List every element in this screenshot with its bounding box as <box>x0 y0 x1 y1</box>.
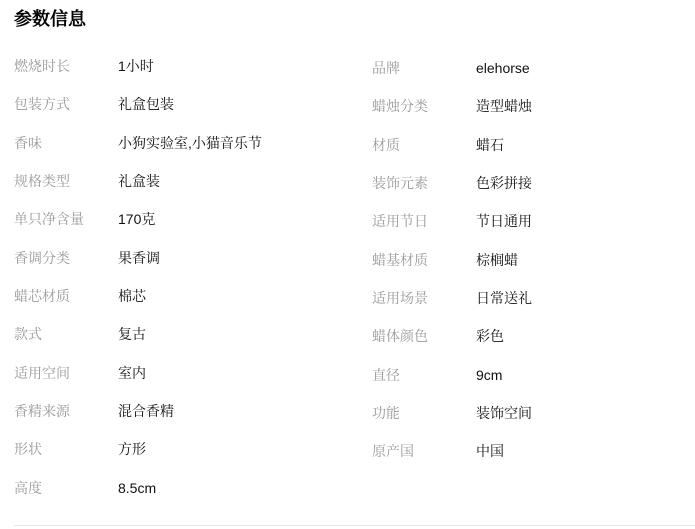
param-column-left: 燃烧时长1小时包装方式礼盒包装香味小狗实验室,小猫音乐节规格类型礼盒装单只净含量… <box>14 47 372 507</box>
param-row: 形状方形 <box>14 430 372 468</box>
param-value: 复古 <box>118 324 146 344</box>
param-row: 香精来源混合香精 <box>14 392 372 430</box>
param-label: 规格类型 <box>14 171 118 191</box>
param-row: 香调分类果香调 <box>14 239 372 277</box>
param-row: 香味小狗实验室,小猫音乐节 <box>14 124 372 162</box>
param-value: 色彩拼接 <box>476 173 532 193</box>
param-label: 包装方式 <box>14 94 118 114</box>
param-row: 单只净含量170克 <box>14 200 372 238</box>
param-row: 适用节日节日通用 <box>372 202 695 240</box>
param-label: 适用空间 <box>14 363 118 383</box>
param-label: 蜡芯材质 <box>14 286 118 306</box>
param-value: 蜡石 <box>476 135 504 155</box>
param-row: 直径9cm <box>372 356 695 394</box>
param-row: 蜡芯材质棉芯 <box>14 277 372 315</box>
param-row: 蜡体颜色彩色 <box>372 317 695 355</box>
param-row: 适用空间室内 <box>14 354 372 392</box>
param-label: 蜡烛分类 <box>372 96 476 116</box>
param-value: 室内 <box>118 363 146 383</box>
param-value: 混合香精 <box>118 401 174 421</box>
param-row: 材质蜡石 <box>372 126 695 164</box>
param-label: 适用节日 <box>372 211 476 231</box>
param-row: 款式复古 <box>14 315 372 353</box>
param-value: 日常送礼 <box>476 288 532 308</box>
param-label: 品牌 <box>372 58 476 78</box>
param-value: 8.5cm <box>118 478 156 498</box>
param-value: 9cm <box>476 365 502 385</box>
section-title: 参数信息 <box>14 9 86 30</box>
param-label: 香精来源 <box>14 401 118 421</box>
param-value: 棕榈蜡 <box>476 250 518 270</box>
param-label: 原产国 <box>372 441 476 461</box>
param-value: 170克 <box>118 209 155 229</box>
param-row: 规格类型礼盒装 <box>14 162 372 200</box>
param-label: 燃烧时长 <box>14 56 118 76</box>
param-value: 装饰空间 <box>476 403 532 423</box>
param-value: 礼盒装 <box>118 171 160 191</box>
param-label: 款式 <box>14 324 118 344</box>
param-label: 高度 <box>14 478 118 498</box>
param-label: 材质 <box>372 135 476 155</box>
param-label: 香味 <box>14 133 118 153</box>
param-label: 蜡基材质 <box>372 250 476 270</box>
param-label: 香调分类 <box>14 248 118 268</box>
param-row: 品牌elehorse <box>372 49 695 87</box>
param-label: 装饰元素 <box>372 173 476 193</box>
parameter-grid: 燃烧时长1小时包装方式礼盒包装香味小狗实验室,小猫音乐节规格类型礼盒装单只净含量… <box>14 47 695 507</box>
param-value: 方形 <box>118 439 146 459</box>
param-label: 蜡体颜色 <box>372 326 476 346</box>
param-value: 棉芯 <box>118 286 146 306</box>
param-row: 燃烧时长1小时 <box>14 47 372 85</box>
param-row: 原产国中国 <box>372 432 695 470</box>
param-value: 果香调 <box>118 248 160 268</box>
param-label: 单只净含量 <box>14 209 118 229</box>
param-value: 造型蜡烛 <box>476 96 532 116</box>
param-row: 功能装饰空间 <box>372 394 695 432</box>
param-row: 适用场景日常送礼 <box>372 279 695 317</box>
param-value: 1小时 <box>118 56 154 76</box>
param-row: 高度8.5cm <box>14 469 372 507</box>
param-label: 适用场景 <box>372 288 476 308</box>
bottom-divider <box>14 525 695 526</box>
param-row: 蜡烛分类造型蜡烛 <box>372 87 695 125</box>
param-column-right: 品牌elehorse蜡烛分类造型蜡烛材质蜡石装饰元素色彩拼接适用节日节日通用蜡基… <box>372 47 695 471</box>
param-label: 直径 <box>372 365 476 385</box>
param-value: 节日通用 <box>476 211 532 231</box>
param-row: 包装方式礼盒包装 <box>14 85 372 123</box>
param-row: 蜡基材质棕榈蜡 <box>372 241 695 279</box>
param-value: 礼盒包装 <box>118 94 174 114</box>
param-label: 功能 <box>372 403 476 423</box>
param-value: 中国 <box>476 441 504 461</box>
param-row: 装饰元素色彩拼接 <box>372 164 695 202</box>
param-value: 小狗实验室,小猫音乐节 <box>118 133 262 153</box>
param-label: 形状 <box>14 439 118 459</box>
product-parameters-panel: 参数信息 燃烧时长1小时包装方式礼盒包装香味小狗实验室,小猫音乐节规格类型礼盒装… <box>0 0 695 529</box>
param-value: 彩色 <box>476 326 504 346</box>
param-value: elehorse <box>476 58 530 78</box>
